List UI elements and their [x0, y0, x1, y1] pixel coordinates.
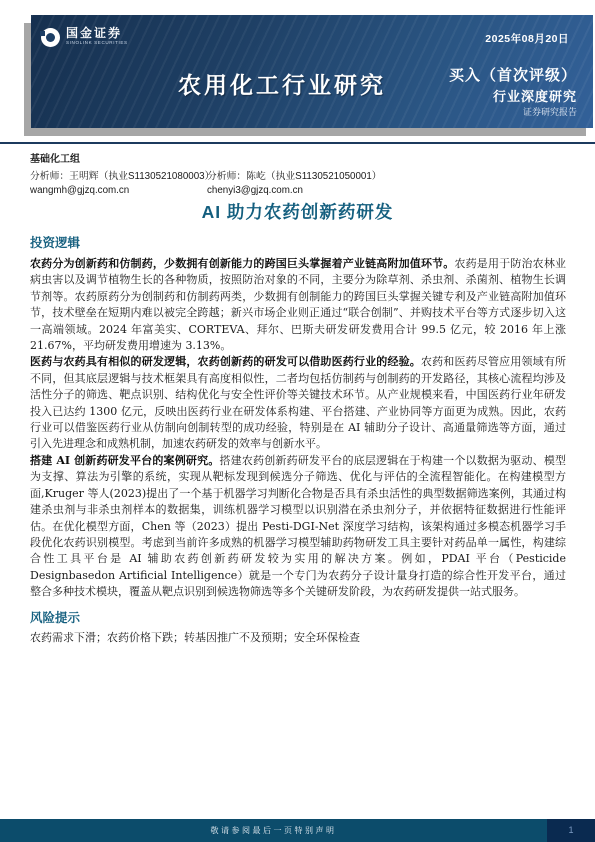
- footer-disclaimer: 敬请参阅最后一页特别声明: [0, 819, 547, 842]
- logo-notch-shape: [40, 31, 45, 36]
- analyst-columns: 分析师：王明辉（执业S1130521080003） wangmh@gjzq.co…: [30, 168, 570, 196]
- analyst-1-name-license: 分析师：王明辉（执业S1130521080003）: [30, 168, 207, 182]
- paragraph-2-body: 农药和医药尽管应用领域有所不同，但其底层逻辑与技术框架具有高度相似性，二者均包括…: [30, 355, 566, 450]
- analyst-block: 基础化工组 分析师：王明辉（执业S1130521080003） wangmh@g…: [30, 150, 570, 196]
- page-title: AI 助力农药创新药研发: [0, 199, 595, 224]
- paragraph-2-lead: 医药与农药具有相似的研发逻辑，农药创新药的研发可以借助医药行业的经验。: [30, 355, 421, 368]
- logo-company-name: 国金证券: [66, 27, 128, 39]
- risk-text: 农药需求下滑；农药价格下跌；转基因推广不及预期；安全环保检查: [30, 630, 566, 646]
- analyst-2: 分析师：陈屹（执业S1130521050001） chenyi3@gjzq.co…: [207, 168, 382, 196]
- rating-block: 买入（首次评级） 行业深度研究 证券研究报告: [449, 68, 577, 117]
- report-type-label: 行业深度研究: [449, 90, 577, 103]
- analyst-1-email[interactable]: wangmh@gjzq.com.cn: [30, 185, 207, 196]
- analyst-1: 分析师：王明辉（执业S1130521080003） wangmh@gjzq.co…: [30, 168, 207, 196]
- paragraph-3-lead: 搭建 AI 创新药研发平台的案例研究。: [30, 454, 219, 467]
- team-name: 基础化工组: [30, 150, 570, 165]
- paragraph-1: 农药分为创新药和仿制药，少数拥有创新能力的跨国巨头掌握着产业链高附加值环节。农药…: [30, 256, 566, 354]
- header-divider: [0, 142, 595, 144]
- logo-hole-shape: [46, 33, 55, 42]
- section-title-risk: 风险提示: [30, 608, 566, 626]
- section-title-investment-logic: 投资逻辑: [30, 233, 566, 251]
- paragraph-2: 医药与农药具有相似的研发逻辑，农药创新药的研发可以借助医药行业的经验。农药和医药…: [30, 354, 566, 452]
- footer-bar: 敬请参阅最后一页特别声明 1: [0, 819, 595, 842]
- paragraph-1-body: 农药是用于防治农林业病虫害以及调节植物生长的各种物质，按照防治对象的不同，主要分…: [30, 257, 566, 352]
- report-content: 投资逻辑 农药分为创新药和仿制药，少数拥有创新能力的跨国巨头掌握着产业链高附加值…: [30, 233, 566, 646]
- rating-label: 买入（首次评级）: [449, 68, 577, 83]
- report-category-label: 证券研究报告: [449, 108, 577, 117]
- paragraph-3-body: 搭建农药创新药研发平台的底层逻辑在于构建一个以数据为驱动、模型为支撑、算法为引擎…: [30, 454, 566, 598]
- page-number: 1: [547, 819, 595, 842]
- report-date: 2025年08月20日: [485, 31, 569, 46]
- logo-company-name-en: SINOLINK SECURITIES: [66, 41, 128, 46]
- analyst-2-email[interactable]: chenyi3@gjzq.com.cn: [207, 185, 382, 196]
- paragraph-3: 搭建 AI 创新药研发平台的案例研究。搭建农药创新药研发平台的底层逻辑在于构建一…: [30, 453, 566, 601]
- sinolink-logo-icon: [41, 28, 60, 47]
- analyst-2-name-license: 分析师：陈屹（执业S1130521050001）: [207, 168, 382, 182]
- report-header-banner: 国金证券 SINOLINK SECURITIES 2025年08月20日 农用化…: [31, 15, 593, 128]
- paragraph-1-lead: 农药分为创新药和仿制药，少数拥有创新能力的跨国巨头掌握着产业链高附加值环节。: [30, 257, 454, 270]
- sinolink-logo: 国金证券 SINOLINK SECURITIES: [41, 27, 128, 47]
